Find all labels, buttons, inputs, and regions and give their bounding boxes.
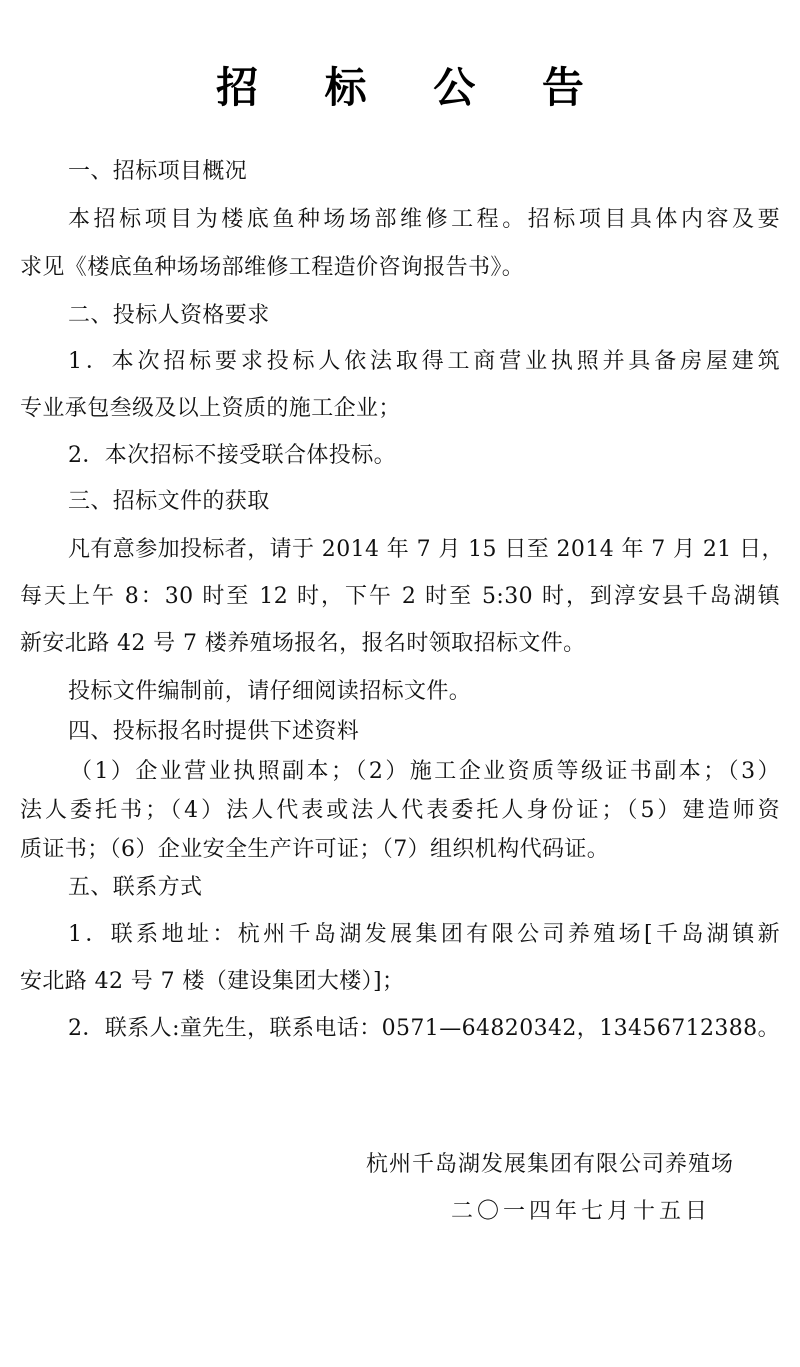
paragraph-line: 每天上午 8：30 时至 12 时，下午 2 时至 5:30 时，到淳安县千岛湖… xyxy=(20,582,780,612)
section-heading-contact: 五、联系方式 xyxy=(68,873,780,903)
contact-phone-line: 2．联系人:童先生，联系电话：0571—64820342，13456712388… xyxy=(68,1014,780,1044)
section-heading-required-materials: 四、投标报名时提供下述资料 xyxy=(68,717,780,747)
section-heading-bidder-qualifications: 二、投标人资格要求 xyxy=(68,301,780,331)
contact-address-line: 安北路 42 号 7 楼（建设集团大楼）]； xyxy=(20,967,780,997)
section-heading-obtain-documents: 三、招标文件的获取 xyxy=(68,487,780,517)
tender-notice-page: 招 标 公 告 一、招标项目概况 本招标项目为楼底鱼种场场部维修工程。招标项目具… xyxy=(0,0,800,1367)
paragraph-line: 凡有意参加投标者，请于 2014 年 7 月 15 日至 2014 年 7 月 … xyxy=(68,535,780,565)
paragraph-line: 法人委托书；（4）法人代表或法人代表委托人身份证；（5）建造师资 xyxy=(20,796,780,826)
contact-address-line: 1．联系地址：杭州千岛湖发展集团有限公司养殖场[千岛湖镇新 xyxy=(68,920,780,950)
paragraph-line: 质证书；（6）企业安全生产许可证；（7）组织机构代码证。 xyxy=(20,835,780,865)
paragraph-line: 2．本次招标不接受联合体投标。 xyxy=(68,441,780,471)
paragraph-line: 投标文件编制前，请仔细阅读招标文件。 xyxy=(68,677,780,707)
signature-date: 二〇一四年七月十五日 xyxy=(451,1197,711,1227)
paragraph-line: 专业承包叁级及以上资质的施工企业； xyxy=(20,394,780,424)
section-heading-project-overview: 一、招标项目概况 xyxy=(68,157,780,187)
paragraph-line: 本招标项目为楼底鱼种场场部维修工程。招标项目具体内容及要 xyxy=(68,205,780,235)
paragraph-line: （1）企业营业执照副本；（2）施工企业资质等级证书副本；（3） xyxy=(70,757,780,787)
document-title: 招 标 公 告 xyxy=(0,62,800,114)
signature-organization: 杭州千岛湖发展集团有限公司养殖场 xyxy=(366,1150,734,1180)
paragraph-line: 求见《楼底鱼种场场部维修工程造价咨询报告书》。 xyxy=(20,253,780,283)
paragraph-line: 新安北路 42 号 7 楼养殖场报名，报名时领取招标文件。 xyxy=(20,629,780,659)
paragraph-line: 1．本次招标要求投标人依法取得工商营业执照并具备房屋建筑 xyxy=(68,347,780,377)
